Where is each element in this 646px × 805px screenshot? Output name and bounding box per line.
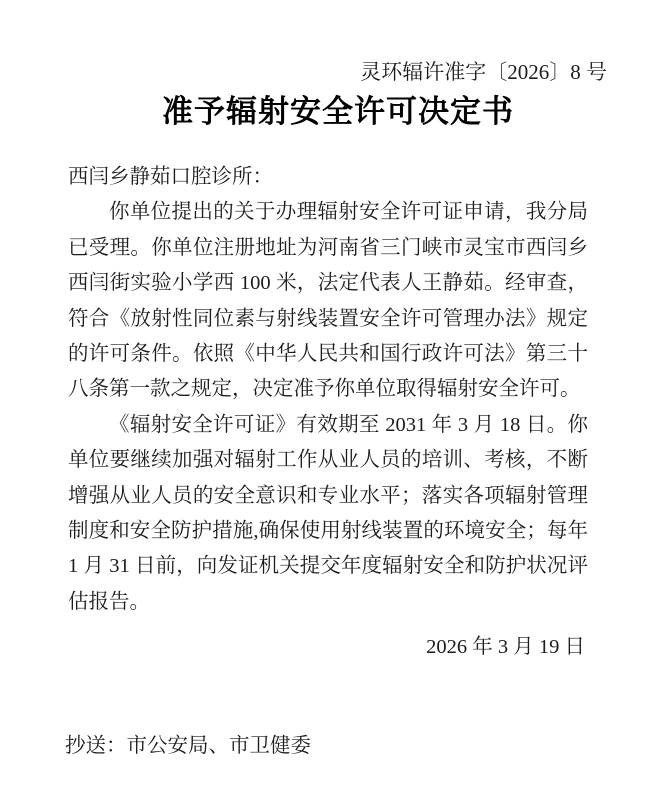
document-page: 灵环辐许准字〔2026〕8 号 准予辐射安全许可决定书 西闫乡静茹口腔诊所： 你… (0, 0, 646, 805)
body-paragraph-2: 《辐射安全许可证》有效期至 2031 年 3 月 18 日。你单位要继续加强对辐… (68, 408, 588, 620)
cc-label: 抄送： (65, 735, 127, 757)
body-paragraph-1: 你单位提出的关于办理辐射安全许可证申请，我分局已受理。你单位注册地址为河南省三门… (68, 195, 588, 407)
issue-date: 2026 年 3 月 19 日 (426, 630, 585, 665)
document-body: 西闫乡静茹口腔诊所： 你单位提出的关于办理辐射安全许可证申请，我分局已受理。你单… (68, 160, 588, 620)
cc-line: 抄送：市公安局、市卫健委 (65, 729, 311, 764)
addressee-line: 西闫乡静茹口腔诊所： (68, 160, 588, 195)
doc-reference-number: 灵环辐许准字〔2026〕8 号 (360, 58, 607, 86)
page-title: 准予辐射安全许可决定书 (68, 92, 608, 132)
cc-value: 市公安局、市卫健委 (127, 735, 312, 757)
